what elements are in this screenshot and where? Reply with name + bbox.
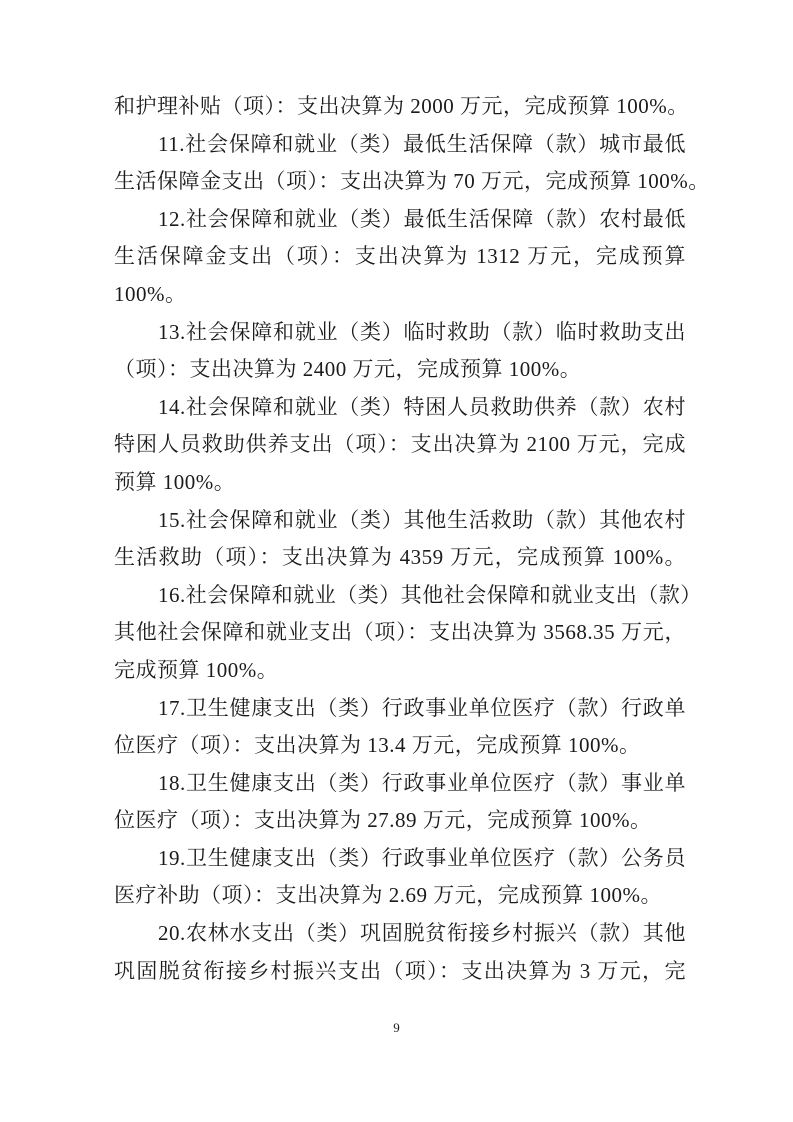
text-line: 生活救助（项）：支出决算为 4359 万元，完成预算 100%。 <box>114 539 686 577</box>
text-line: 生活保障金支出（项）：支出决算为 1312 万元，完成预算 <box>114 238 686 276</box>
text-line: 16.社会保障和就业（类）其他社会保障和就业支出（款） <box>114 577 686 615</box>
text-line: 完成预算 100%。 <box>114 652 686 690</box>
text-line: 特困人员救助供养支出（项）：支出决算为 2100 万元，完成 <box>114 426 686 464</box>
text-line: 位医疗（项）：支出决算为 27.89 万元，完成预算 100%。 <box>114 802 686 840</box>
text-line: 生活保障金支出（项）：支出决算为 70 万元，完成预算 100%。 <box>114 163 686 201</box>
text-line: 19.卫生健康支出（类）行政事业单位医疗（款）公务员 <box>114 840 686 878</box>
text-line: 20.农林水支出（类）巩固脱贫衔接乡村振兴（款）其他 <box>114 915 686 953</box>
document-page: 和护理补贴（项）：支出决算为 2000 万元，完成预算 100%。 11.社会保… <box>0 0 793 1122</box>
page-number: 9 <box>0 1020 793 1036</box>
text-line: 位医疗（项）：支出决算为 13.4 万元，完成预算 100%。 <box>114 727 686 765</box>
text-line: 11.社会保障和就业（类）最低生活保障（款）城市最低 <box>114 126 686 164</box>
text-line: 其他社会保障和就业支出（项）：支出决算为 3568.35 万元， <box>114 614 686 652</box>
text-line: 和护理补贴（项）：支出决算为 2000 万元，完成预算 100%。 <box>114 88 686 126</box>
text-line: 15.社会保障和就业（类）其他生活救助（款）其他农村 <box>114 502 686 540</box>
text-line: 100%。 <box>114 276 686 314</box>
text-line: 医疗补助（项）：支出决算为 2.69 万元，完成预算 100%。 <box>114 877 686 915</box>
text-line: 17.卫生健康支出（类）行政事业单位医疗（款）行政单 <box>114 690 686 728</box>
text-line: 巩固脱贫衔接乡村振兴支出（项）：支出决算为 3 万元，完 <box>114 953 686 991</box>
document-body: 和护理补贴（项）：支出决算为 2000 万元，完成预算 100%。 11.社会保… <box>114 88 686 990</box>
text-line: 12.社会保障和就业（类）最低生活保障（款）农村最低 <box>114 201 686 239</box>
text-line: 预算 100%。 <box>114 464 686 502</box>
text-line: （项）：支出决算为 2400 万元，完成预算 100%。 <box>114 351 686 389</box>
text-line: 14.社会保障和就业（类）特困人员救助供养（款）农村 <box>114 389 686 427</box>
text-line: 13.社会保障和就业（类）临时救助（款）临时救助支出 <box>114 314 686 352</box>
text-line: 18.卫生健康支出（类）行政事业单位医疗（款）事业单 <box>114 765 686 803</box>
